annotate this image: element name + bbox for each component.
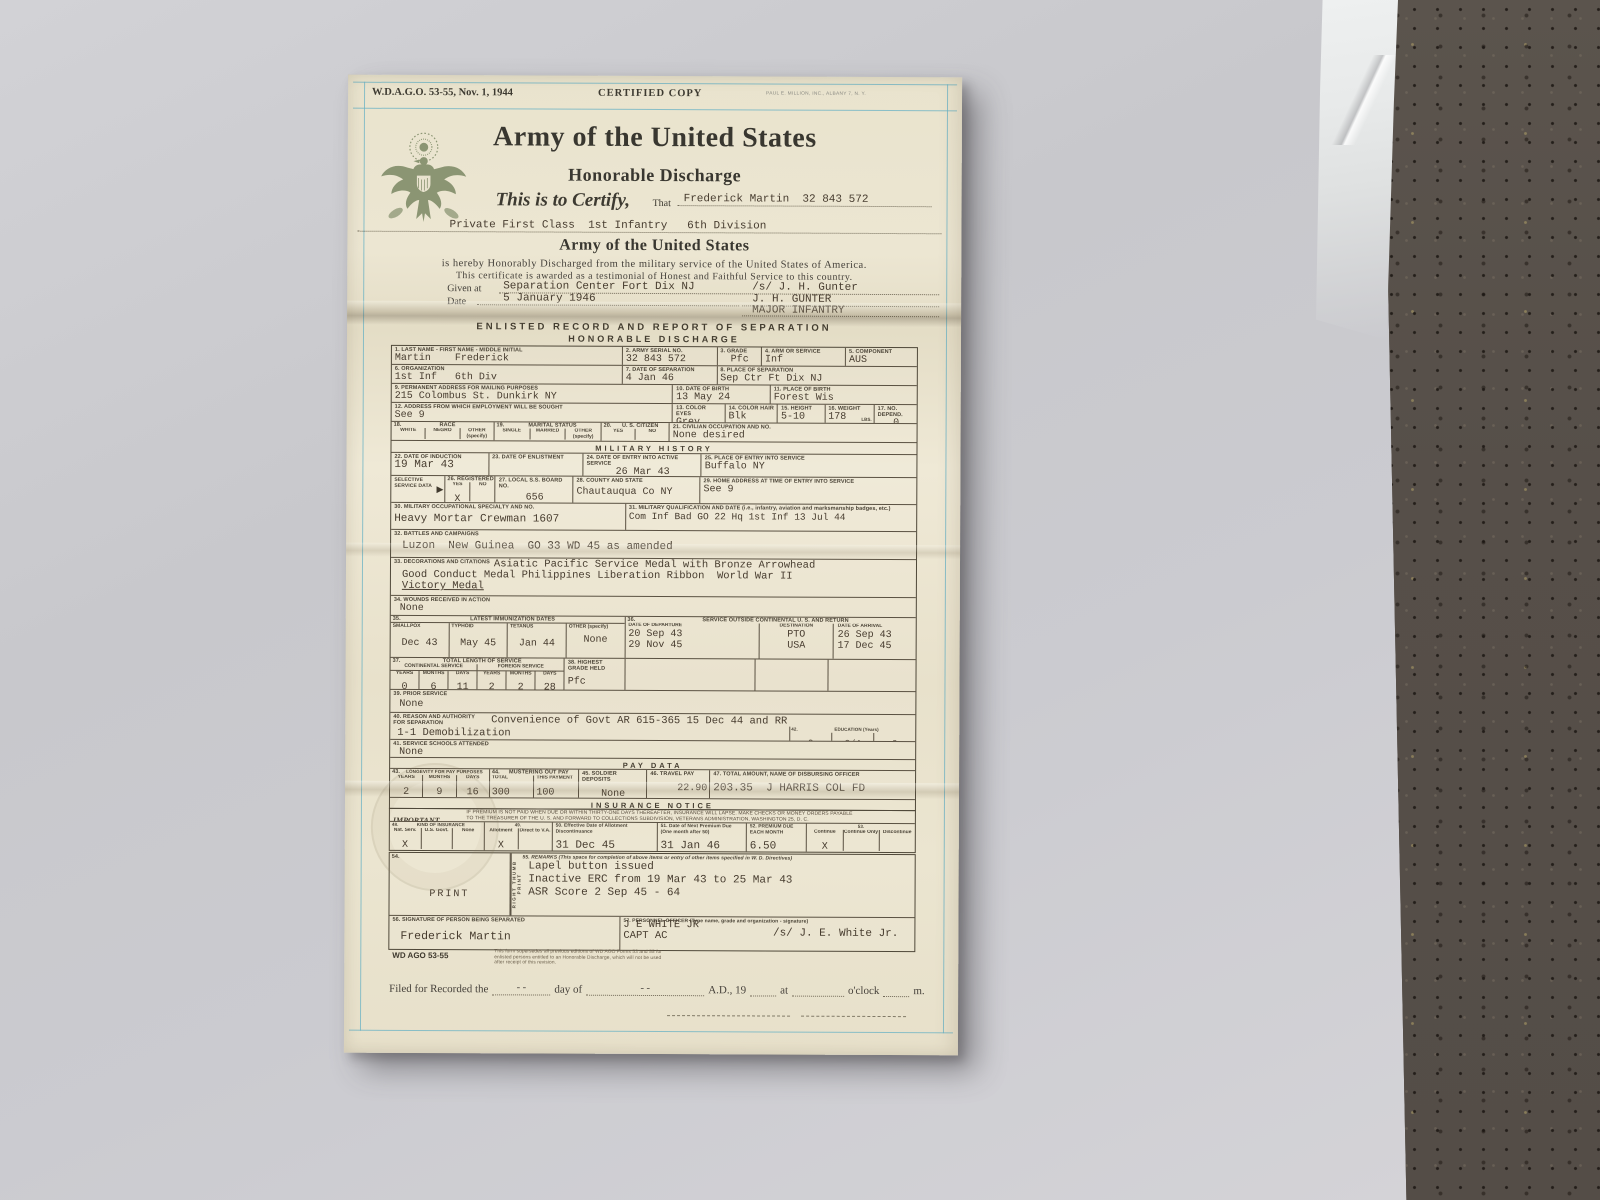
officer-signature-slash: /s/ J. H. Gunter bbox=[752, 282, 858, 293]
print-placeholder: PRINT bbox=[390, 889, 510, 901]
field-24-entry-active: 24. DATE OF ENTRY INTO ACTIVE SERVICE26 … bbox=[584, 454, 702, 477]
overseas-arrival: DATE OF ARRIVAL 26 Sep 43 17 Dec 45 bbox=[833, 624, 915, 659]
filed-text-5: o'clock bbox=[848, 985, 879, 997]
officer-rank: MAJOR INFANTRY bbox=[752, 305, 844, 316]
field-29-home-address: 29. HOME ADDRESS AT TIME OF ENTRY INTO S… bbox=[700, 477, 916, 504]
form-number: W.D.A.G.O. 53-55, Nov. 1, 1944 bbox=[372, 87, 513, 99]
insurance-fields-row: 48.KIND OF INSURANCE Nat. Serv.X U.S. Go… bbox=[390, 822, 915, 852]
paper-fold-crease bbox=[1330, 55, 1396, 145]
field-21-occupation: 21. CIVILIAN OCCUPATION AND NO.None desi… bbox=[670, 423, 917, 442]
immun-other: OTHER (specify)None bbox=[567, 624, 625, 658]
field-40-reason: 40. REASON AND AUTHORITY FOR SEPARATIONC… bbox=[390, 713, 789, 741]
continental-service: CONTINENTAL SERVICE YEARS0 MONTHS6 DAYS1… bbox=[390, 664, 477, 690]
certificate-title: Army of the United States bbox=[348, 121, 962, 156]
field-1-name: 1. LAST NAME - FIRST NAME - MIDDLE INITI… bbox=[392, 346, 623, 365]
field-27-board: 27. LOCAL S.S. BOARD NO.656 bbox=[496, 476, 574, 502]
long-years: YEARS2 bbox=[390, 775, 423, 797]
filed-ampm-blank bbox=[883, 996, 909, 997]
rank-line: Private First Class 1st Infantry 6th Div… bbox=[357, 219, 941, 238]
mop-total: TOTAL300 bbox=[490, 775, 535, 797]
intent-continue: ContinueX bbox=[807, 830, 843, 851]
field-57-personnel-officer: 57. PERSONNEL OFFICER (Type name, grade … bbox=[620, 917, 914, 951]
field-18-race: 18.RACE WHITEX NEGRO OTHER (specify) bbox=[392, 422, 495, 440]
insurance-box: IMPORTANT IF PREMIUM IS NOT PAID WHEN DU… bbox=[389, 808, 916, 853]
discharge-document: W.D.A.G.O. 53-55, Nov. 1, 1944 CERTIFIED… bbox=[344, 75, 962, 1056]
soldier-name: Frederick Martin 32 843 572 bbox=[684, 194, 869, 206]
field-37-length-service: 37.TOTAL LENGTH OF SERVICE CONTINENTAL S… bbox=[390, 658, 564, 690]
weight-unit: LBS. bbox=[861, 417, 871, 422]
form-row-14: 39. PRIOR SERVICENone bbox=[390, 690, 915, 715]
record-title-2: HONORABLE DISCHARGE bbox=[347, 333, 961, 346]
extra-dashed-line-2 bbox=[801, 1015, 906, 1017]
extra-dashed-line-1 bbox=[667, 1014, 790, 1017]
for-days: DAYS28 bbox=[536, 671, 564, 690]
field-33-decorations: 33. DECORATIONS AND CITATIONSAsiatic Pac… bbox=[391, 558, 916, 597]
rule-under-header bbox=[353, 108, 957, 112]
field-49-how-paid: 49. AllotmentX Direct to V.A. bbox=[484, 822, 552, 850]
filed-year-blank bbox=[750, 995, 776, 996]
field-3-grade: 3. GRADEPfc bbox=[717, 347, 762, 365]
field-35-immunization: 35.LATEST IMMUNIZATION DATES SMALLPOXDec… bbox=[391, 616, 626, 658]
form-row-7: SELECTIVE SERVICE DATA ▶ 26. REGISTERED … bbox=[391, 476, 916, 505]
field-45-deposits: 45. SOLDIER DEPOSITSNone bbox=[579, 770, 647, 798]
certified-copy-label: CERTIFIED COPY bbox=[598, 88, 702, 99]
officer-rank-line: MAJOR INFANTRY bbox=[447, 305, 939, 319]
edu-highschool: 3/4 bbox=[832, 733, 874, 741]
form-row-4: 12. ADDRESS FROM WHICH EMPLOYMENT WILL B… bbox=[392, 403, 917, 424]
form-row-1: 1. LAST NAME - FIRST NAME - MIDDLE INITI… bbox=[392, 346, 917, 367]
field-56-signature: 56. SIGNATURE OF PERSON BEING SEPARATED … bbox=[389, 916, 620, 950]
field-46-travel-pay: 46. TRAVEL PAY22.90 bbox=[647, 770, 710, 798]
marital-married: MARRIED bbox=[530, 428, 566, 439]
right-thumb-print-strip: RIGHT THUMB PRINT bbox=[510, 853, 519, 915]
field-39-prior-service: 39. PRIOR SERVICENone bbox=[390, 690, 915, 714]
filed-text-2: day of bbox=[554, 984, 582, 996]
for-years: YEARS2 bbox=[478, 671, 507, 690]
ins-us-govt: U.S. Govt. bbox=[421, 828, 453, 849]
long-months: MONTHS9 bbox=[423, 775, 456, 797]
cont-days: DAYS11 bbox=[449, 671, 477, 690]
overseas-col2-cont bbox=[756, 659, 829, 690]
remarks-signature-box: 54. PRINT RIGHT THUMB PRINT 55. REMARKS … bbox=[388, 852, 915, 952]
remarks-row: 54. PRINT RIGHT THUMB PRINT 55. REMARKS … bbox=[389, 853, 914, 918]
field-2-serial: 2. ARMY SERIAL NO.32 843 572 bbox=[623, 347, 718, 365]
signature-row: 56. SIGNATURE OF PERSON BEING SEPARATED … bbox=[389, 916, 914, 951]
given-at-value: Separation Center Fort Dix NJ bbox=[503, 281, 694, 293]
field-17-dependents: 17. NO. DEPEND.0 bbox=[875, 405, 917, 423]
field-5-component: 5. COMPONENTAUS bbox=[846, 348, 917, 366]
certify-line: This is to Certify, That Frederick Marti… bbox=[348, 189, 940, 214]
important-label: IMPORTANT bbox=[390, 809, 464, 821]
form-row-2: 6. ORGANIZATION1st Inf 6th Div 7. DATE O… bbox=[392, 365, 917, 386]
filed-text-4: at bbox=[780, 985, 788, 997]
edu-grammar: 8 bbox=[790, 733, 832, 742]
race-negro: NEGRO bbox=[426, 428, 460, 439]
filed-text-1: Filed for Recorded the bbox=[389, 983, 488, 995]
field-48-kind: 48.KIND OF INSURANCE Nat. Serv.X U.S. Go… bbox=[390, 822, 485, 850]
paid-direct: Direct to V.A. bbox=[518, 828, 551, 849]
field-11-birth-place: 11. PLACE OF BIRTHForest Wis bbox=[771, 386, 917, 405]
field-13-eyes: 13. COLOR EYESGrey bbox=[673, 404, 726, 422]
certify-that: That bbox=[653, 198, 671, 209]
registered-yes: YESX bbox=[445, 482, 470, 501]
form-row-5: 18.RACE WHITEX NEGRO OTHER (specify) 19.… bbox=[392, 422, 917, 443]
field-50-discontinuance: 50. Effective Date of Allotment Disconti… bbox=[553, 823, 658, 851]
citizen-no: NO bbox=[636, 429, 669, 440]
overseas-col1-cont bbox=[625, 659, 756, 691]
field-31-qualification: 31. MILITARY QUALIFICATION AND DATE (i.e… bbox=[626, 504, 916, 531]
form-row-12: 35.LATEST IMMUNIZATION DATES SMALLPOXDec… bbox=[391, 616, 916, 660]
certificate-title-2: Army of the United States bbox=[347, 236, 961, 257]
date-value: 5 January 1946 bbox=[503, 293, 595, 304]
field-7-date-separation: 7. DATE OF SEPARATION4 Jan 46 bbox=[623, 366, 718, 384]
white-paper-corner bbox=[1316, 0, 1398, 340]
field-32-battles: 32. BATTLES AND CAMPAIGNSLuzon New Guine… bbox=[391, 530, 916, 559]
ins-none: None bbox=[453, 828, 484, 849]
long-days: DAYS16 bbox=[456, 775, 488, 797]
intent-continue-only: Continue Only bbox=[843, 830, 879, 851]
marital-single: SINGLES bbox=[494, 428, 530, 439]
form-row-13: 37.TOTAL LENGTH OF SERVICE CONTINENTAL S… bbox=[390, 658, 915, 692]
filed-day-value: -- bbox=[492, 983, 550, 995]
race-other: OTHER (specify) bbox=[460, 428, 493, 439]
certificate-subtitle: Honorable Discharge bbox=[348, 164, 962, 188]
certify-script: This is to Certify, bbox=[496, 189, 631, 212]
form-row-16: 41. SERVICE SCHOOLS ATTENDEDNone bbox=[390, 740, 915, 760]
rule-right bbox=[943, 84, 948, 1033]
overseas-destination: DESTINATION PTO USA bbox=[760, 623, 834, 658]
filed-line: Filed for Recorded the -- day of -- A.D.… bbox=[389, 983, 928, 997]
field-23-enlistment: 23. DATE OF ENLISTMENT bbox=[489, 453, 584, 475]
form-row-15: 40. REASON AND AUTHORITY FOR SEPARATIONC… bbox=[390, 713, 915, 742]
field-43-longevity: 43.LONGEVITY FOR PAY PURPOSES YEARS2 MON… bbox=[390, 769, 490, 797]
form-row-11: 34. WOUNDS RECEIVED IN ACTIONNone bbox=[391, 596, 916, 618]
rank-text: Private First Class 1st Infantry 6th Div… bbox=[449, 220, 766, 232]
overseas-col3-cont bbox=[828, 660, 915, 691]
mop-payment: THIS PAYMENT100 bbox=[534, 775, 578, 797]
field-55-remarks: 55. REMARKS (This space for completion o… bbox=[519, 853, 915, 917]
footer-note: This form supersedes all previous editio… bbox=[494, 949, 662, 966]
given-at-label: Given at bbox=[447, 283, 481, 294]
field-14-hair: 14. COLOR HAIRBlk bbox=[726, 404, 779, 422]
for-months: MONTHS2 bbox=[507, 671, 536, 690]
separation-form-table: 1. LAST NAME - FIRST NAME - MIDDLE INITI… bbox=[389, 345, 918, 811]
field-12-employment-address: 12. ADDRESS FROM WHICH EMPLOYMENT WILL B… bbox=[392, 403, 673, 422]
field-51-next-premium: 51. Date of Next Premium Due (One month … bbox=[658, 823, 747, 851]
race-white: WHITEX bbox=[392, 428, 426, 439]
field-36-overseas: 36.SERVICE OUTSIDE CONTINENTAL U. S. AND… bbox=[625, 617, 915, 659]
form-row-6: 22. DATE OF INDUCTION19 Mar 43 23. DATE … bbox=[391, 453, 916, 478]
field-28-county: 28. COUNTY AND STATEChautauqua Co NY bbox=[573, 477, 700, 504]
field-47-total-amount: 47. TOTAL AMOUNT, NAME OF DISBURSING OFF… bbox=[710, 770, 915, 799]
form-row-10: 33. DECORATIONS AND CITATIONSAsiatic Pac… bbox=[391, 558, 916, 598]
field-16-weight: 16. WEIGHT178LBS. bbox=[825, 405, 874, 423]
filed-text-3: A.D., 19 bbox=[708, 984, 746, 996]
rule-top bbox=[353, 82, 957, 86]
field-15-height: 15. HEIGHT5-10 bbox=[778, 405, 825, 423]
field-38-highest-grade: 38. HIGHEST GRADE HELDPfc bbox=[565, 659, 626, 690]
field-30-mos: 30. MILITARY OCCUPATIONAL SPECIALTY AND … bbox=[391, 503, 626, 530]
immun-tetanus: TETANUSJan 44 bbox=[508, 623, 567, 657]
field-34-wounds: 34. WOUNDS RECEIVED IN ACTIONNone bbox=[391, 596, 916, 617]
filed-month-value: -- bbox=[586, 984, 704, 997]
important-fineprint: IF PREMIUM IS NOT PAID WHEN DUE OR WITHI… bbox=[463, 809, 915, 823]
field-52-premium-due: 52. PREMIUM DUE EACH MONTH6.50 bbox=[747, 823, 807, 851]
immun-typhoid: TYPHOIDMay 45 bbox=[449, 623, 508, 657]
selective-service-box: SELECTIVE SERVICE DATA ▶ bbox=[391, 476, 445, 502]
immun-smallpox: SMALLPOXDec 43 bbox=[391, 623, 450, 657]
footer-form-number: WD AGO 53-55 bbox=[392, 951, 448, 960]
registered-no: NO bbox=[471, 482, 495, 501]
paid-allotment: AllotmentX bbox=[484, 828, 518, 849]
marital-other: OTHER (specify) bbox=[566, 429, 601, 440]
intent-discontinue: Discontinue bbox=[880, 830, 915, 851]
filed-time-blank bbox=[792, 996, 844, 997]
filed-text-6: m. bbox=[913, 985, 924, 997]
field-25-entry-place: 25. PLACE OF ENTRY INTO SERVICEBuffalo N… bbox=[702, 454, 917, 477]
field-6-organization: 6. ORGANIZATION1st Inf 6th Div bbox=[392, 365, 623, 384]
form-row-8: 30. MILITARY OCCUPATIONAL SPECIALTY AND … bbox=[391, 503, 916, 532]
field-4-arm: 4. ARM OR SERVICEInf bbox=[762, 347, 846, 365]
foreign-service: FOREIGN SERVICE YEARS2 MONTHS2 DAYS28 bbox=[478, 664, 564, 689]
edu-college: 0 bbox=[874, 733, 915, 741]
form-row-9: 32. BATTLES AND CAMPAIGNSLuzon New Guine… bbox=[391, 530, 916, 560]
field-10-birth-date: 10. DATE OF BIRTH13 May 24 bbox=[673, 385, 771, 403]
cont-years: YEARS0 bbox=[390, 670, 419, 689]
field-26-registered: 26. REGISTERED YESX NO bbox=[445, 476, 496, 502]
selective-service-arrow-icon: ▶ bbox=[436, 484, 443, 495]
form-row-3: 9. PERMANENT ADDRESS FOR MAILING PURPOSE… bbox=[392, 384, 917, 405]
form-row-17: 43.LONGEVITY FOR PAY PURPOSES YEARS2 MON… bbox=[390, 769, 915, 800]
printer-imprint: PAUL E. MILLION, INC., ALBANY 7, N. Y. bbox=[766, 91, 866, 96]
field-19-marital: 19.MARITAL STATUS SINGLES MARRIED OTHER … bbox=[494, 422, 601, 440]
field-9-address: 9. PERMANENT ADDRESS FOR MAILING PURPOSE… bbox=[392, 384, 673, 403]
field-54-thumbprint: 54. PRINT bbox=[389, 853, 510, 916]
field-20-citizen: 20.U. S. CITIZEN YESX NO bbox=[602, 423, 670, 441]
photo-stage: W.D.A.G.O. 53-55, Nov. 1, 1944 CERTIFIED… bbox=[0, 0, 1600, 1200]
rule-bottom bbox=[349, 1030, 953, 1034]
field-44-mustering-pay: 44.MUSTERING OUT PAY TOTAL300 THIS PAYME… bbox=[490, 769, 579, 797]
field-22-induction: 22. DATE OF INDUCTION19 Mar 43 bbox=[391, 453, 489, 475]
field-41-schools: 41. SERVICE SCHOOLS ATTENDEDNone bbox=[390, 740, 915, 759]
citizen-yes: YESX bbox=[602, 429, 636, 440]
overseas-departure: DATE OF DEPARTURE 20 Sep 43 29 Nov 45 bbox=[625, 623, 760, 659]
field-53-intention: 53. ContinueX Continue Only Discontinue bbox=[807, 824, 915, 852]
ins-nat-serv: Nat. Serv.X bbox=[390, 828, 422, 849]
field-8-place-separation: 8. PLACE OF SEPARATIONSep Ctr Ft Dix NJ bbox=[717, 366, 917, 385]
cont-months: MONTHS6 bbox=[419, 670, 448, 689]
field-42-education: 42.EDUCATION (Years) 8 3/4 0 bbox=[789, 727, 915, 742]
